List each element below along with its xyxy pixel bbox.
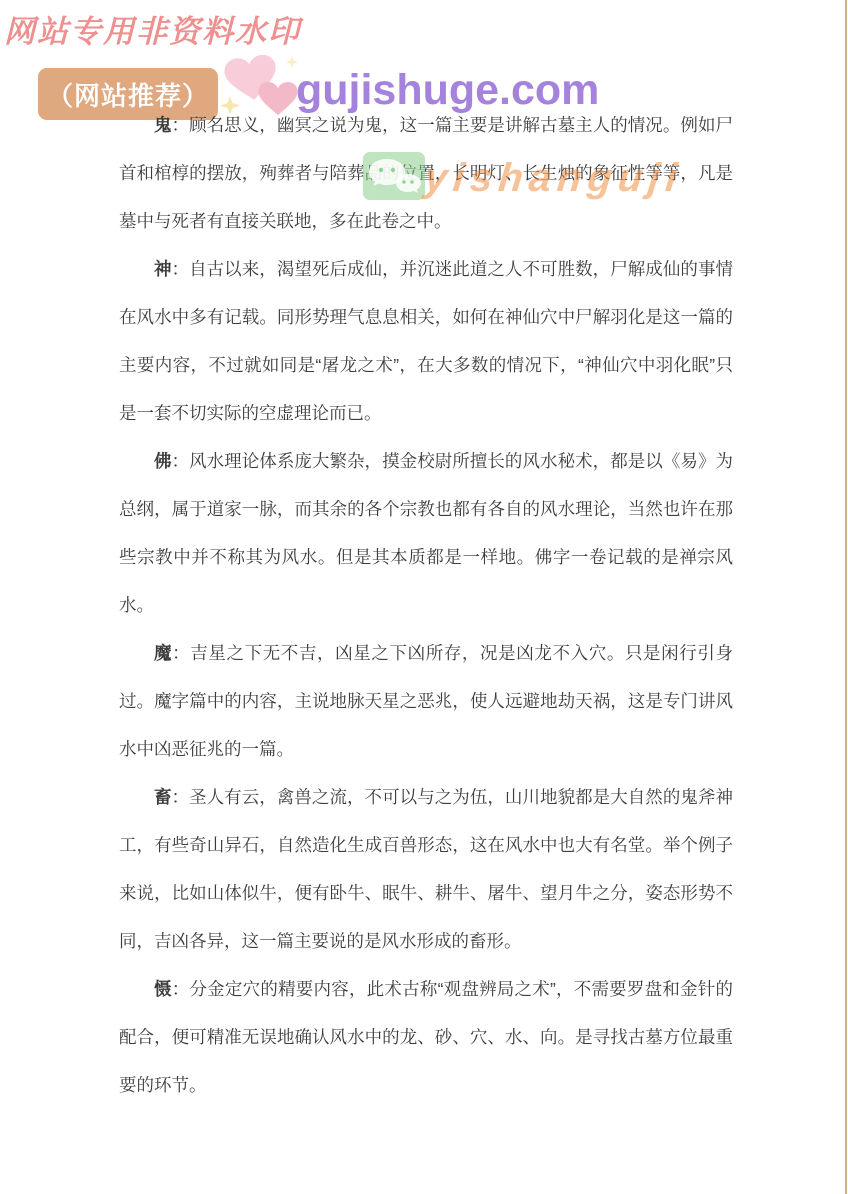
- paragraph-text: ：圣人有云，禽兽之流，不可以与之为伍，山川地貌都是大自然的鬼斧神工，有些奇山异石…: [119, 787, 733, 951]
- paragraph-she: 慑：分金定穴的精要内容，此术古称“观盘辨局之术”，不需要罗盘和金针的配合，便可精…: [119, 965, 733, 1109]
- paragraph-shen: 神：自古以来，渴望死后成仙，并沉迷此道之人不可胜数，尸解成仙的事情在风水中多有记…: [119, 245, 733, 437]
- page-right-border: [845, 0, 847, 1194]
- paragraph-text: ：自古以来，渴望死后成仙，并沉迷此道之人不可胜数，尸解成仙的事情在风水中多有记载…: [119, 259, 733, 423]
- paragraph-lead: 神: [154, 259, 172, 279]
- paragraph-lead: 慑: [154, 979, 172, 999]
- paragraph-lead: 魔: [154, 643, 172, 663]
- wechat-icon: [363, 152, 425, 200]
- top-left-watermark-text: 网站专用非资料水印: [4, 6, 301, 51]
- paragraph-text: ：风水理论体系庞大繁杂，摸金校尉所擅长的风水秘术，都是以《易》为总纲，属于道家一…: [119, 451, 733, 615]
- paragraph-lead: 畜: [154, 787, 172, 807]
- paragraph-lead: 佛: [154, 451, 172, 471]
- paragraph-chu: 畜：圣人有云，禽兽之流，不可以与之为伍，山川地貌都是大自然的鬼斧神工，有些奇山异…: [119, 773, 733, 965]
- paragraph-fo: 佛：风水理论体系庞大繁杂，摸金校尉所擅长的风水秘术，都是以《易》为总纲，属于道家…: [119, 437, 733, 629]
- page-content: 鬼：顾名思义，幽冥之说为鬼，这一篇主要是讲解古墓主人的情况。例如尸首和棺椁的摆放…: [119, 101, 733, 1109]
- paragraph-mo: 魔：吉星之下无不吉，凶星之下凶所存，况是凶龙不入穴。只是闲行引身过。魔字篇中的内…: [119, 629, 733, 773]
- diagonal-watermark-text: yishanguji: [423, 156, 686, 201]
- ebook-page: 网站专用非资料水印 （网站推荐） gujishuge.com 鬼：顾名思义，幽冥…: [0, 0, 848, 1194]
- paragraph-text: ：分金定穴的精要内容，此术古称“观盘辨局之术”，不需要罗盘和金针的配合，便可精准…: [119, 979, 733, 1095]
- paragraph-lead: 鬼: [154, 115, 172, 135]
- paragraph-text: ：吉星之下无不吉，凶星之下凶所存，况是凶龙不入穴。只是闲行引身过。魔字篇中的内容…: [119, 643, 733, 759]
